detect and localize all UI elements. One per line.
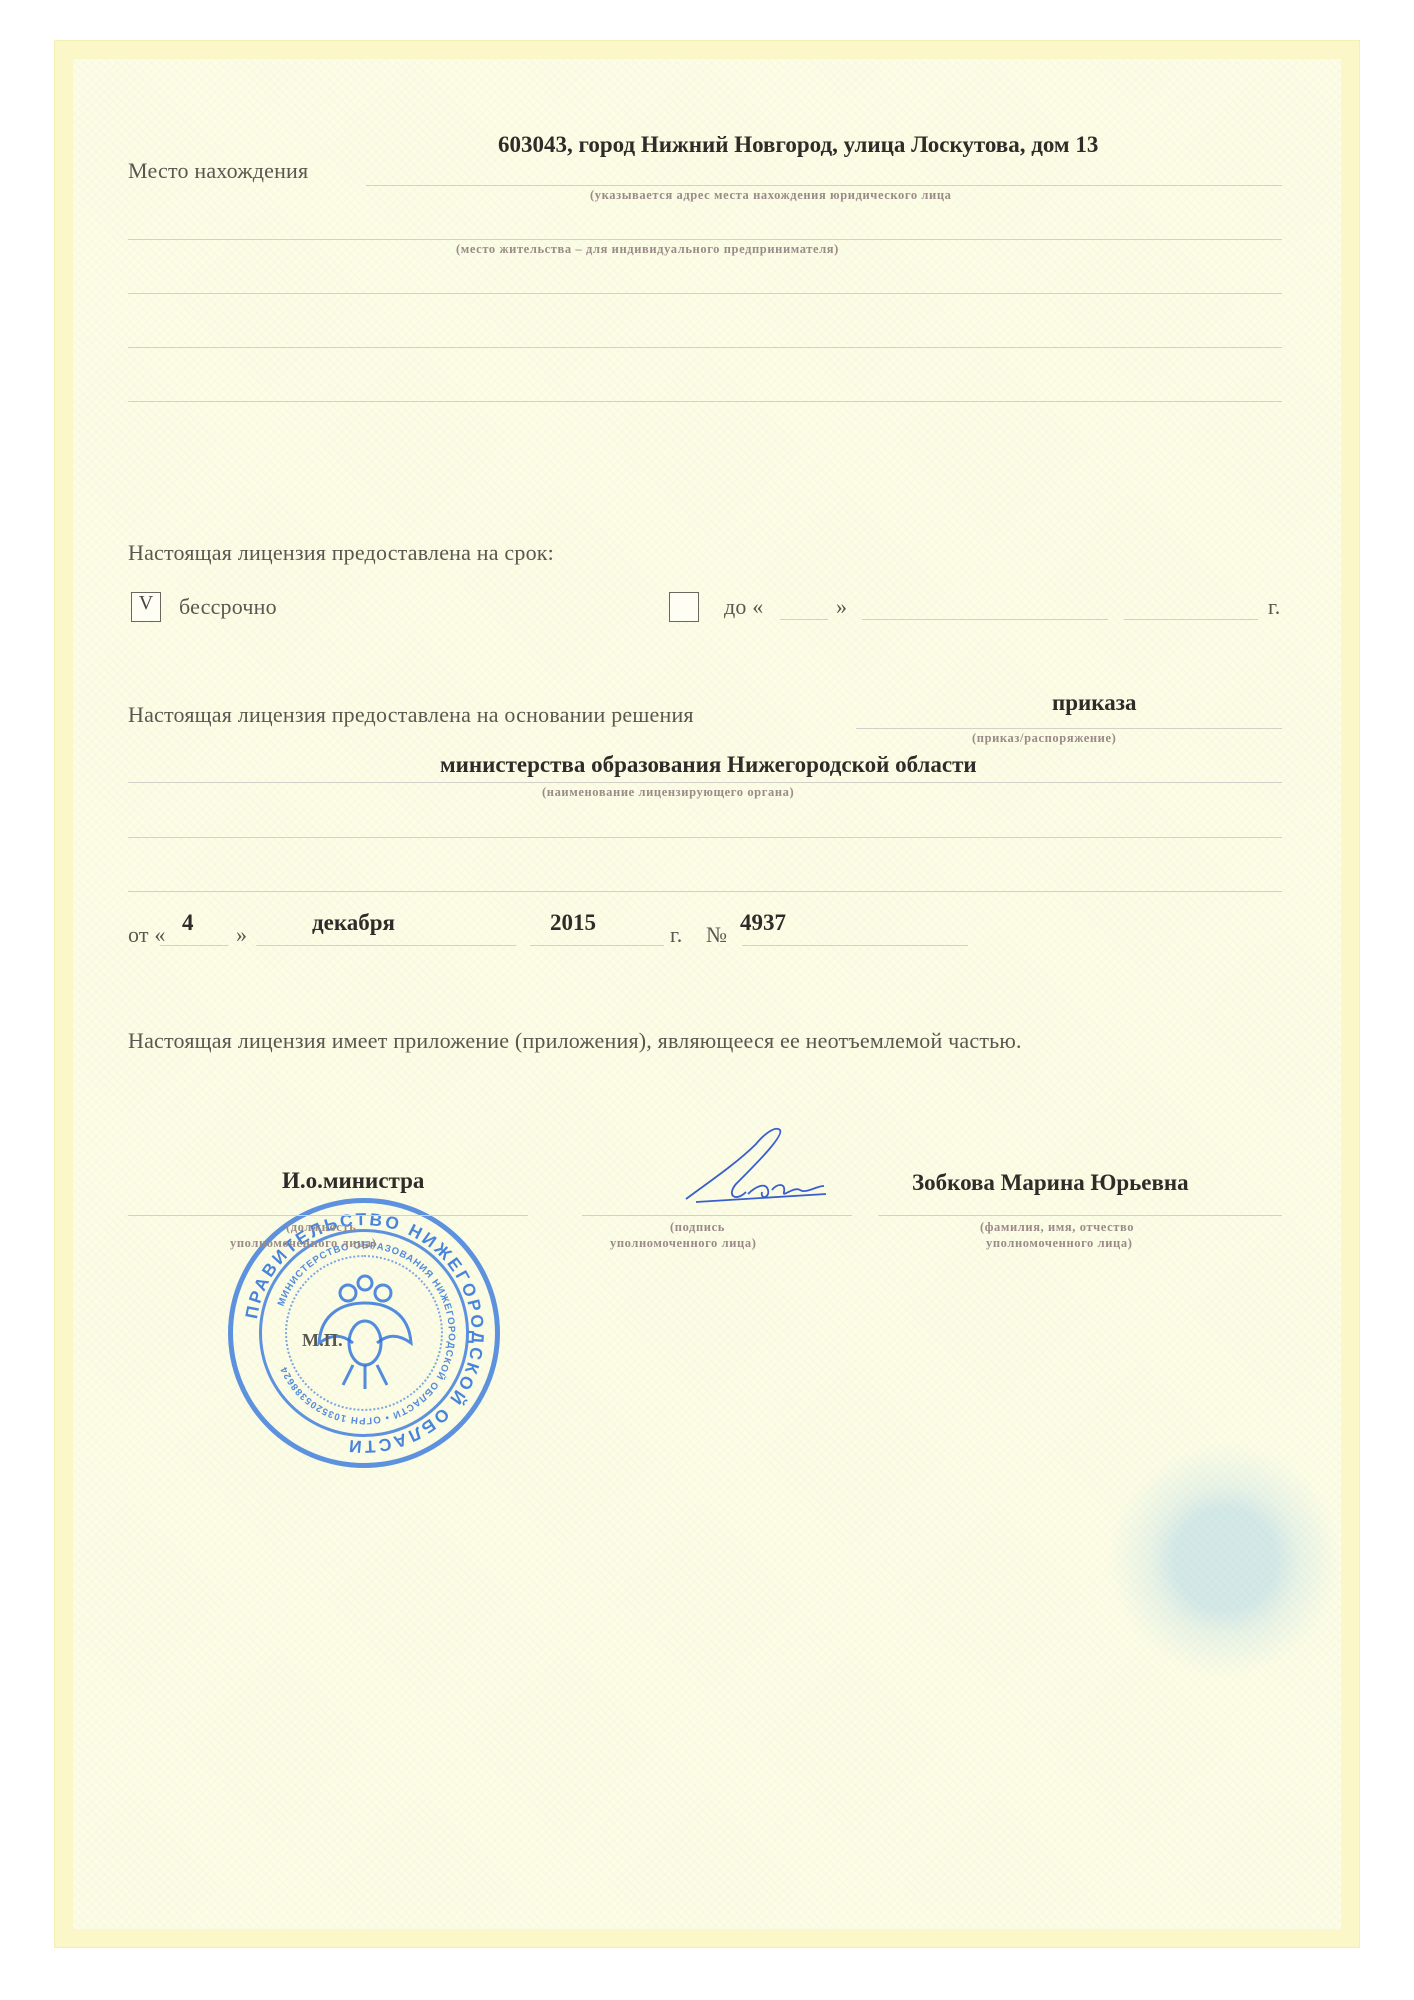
blank-rule-5 <box>128 891 1282 892</box>
authority-value: министерства образования Нижегородской о… <box>440 752 977 778</box>
name-hint-2: уполномоченного лица) <box>986 1236 1132 1251</box>
basis-label: Настоящая лицензия предоставлена на осно… <box>128 702 694 728</box>
appendix-note: Настоящая лицензия имеет приложение (при… <box>128 1028 1022 1054</box>
signer-position: И.о.министра <box>282 1168 424 1194</box>
date-day: 4 <box>182 910 194 936</box>
signer-name: Зобкова Марина Юрьевна <box>912 1170 1189 1196</box>
location-hint-legal: (указывается адрес места нахождения юрид… <box>590 188 951 203</box>
term-heading: Настоящая лицензия предоставлена на срок… <box>128 540 554 566</box>
decision-type-hint: (приказ/распоряжение) <box>972 731 1116 746</box>
date-quote-close: » <box>236 922 247 948</box>
decision-type-value: приказа <box>1052 690 1136 716</box>
checkbox-unlimited[interactable]: V <box>131 592 161 622</box>
location-label: Место нахождения <box>128 158 308 184</box>
position-hint-1: (должность <box>286 1220 356 1235</box>
until-day-field[interactable] <box>780 619 828 620</box>
order-number: 4937 <box>740 910 786 936</box>
date-year-suffix: г. <box>670 922 682 948</box>
signature-rule <box>582 1215 852 1216</box>
name-hint-1: (фамилия, имя, отчество <box>980 1220 1134 1235</box>
date-day-rule <box>160 945 228 946</box>
authority-hint: (наименование лицензирующего органа) <box>542 785 794 800</box>
position-rule <box>128 1215 528 1216</box>
signature-hint-2: уполномоченного лица) <box>610 1236 756 1251</box>
handwritten-signature <box>676 1124 846 1214</box>
stamp-place-label: М.П. <box>302 1330 343 1351</box>
date-month: декабря <box>312 910 395 936</box>
check-mark-icon: V <box>132 593 160 613</box>
authority-rule <box>128 782 1282 783</box>
blank-rule-1 <box>128 293 1282 294</box>
term-until-quote: » <box>836 594 847 620</box>
term-unlimited-label: бессрочно <box>179 594 277 620</box>
number-sign: № <box>706 922 727 948</box>
ink-stain <box>1110 1440 1340 1680</box>
decision-type-rule <box>856 728 1282 729</box>
until-year-field[interactable] <box>1124 619 1258 620</box>
checkbox-until-date[interactable] <box>669 592 699 622</box>
blank-rule-4 <box>128 837 1282 838</box>
blank-rule-2 <box>128 347 1282 348</box>
date-month-rule <box>256 945 516 946</box>
signature-hint-1: (подпись <box>670 1220 725 1235</box>
location-rule-2 <box>128 239 1282 240</box>
location-value: 603043, город Нижний Новгород, улица Лос… <box>498 132 1098 158</box>
term-until-prefix: до « <box>724 594 764 620</box>
location-rule <box>366 185 1282 186</box>
order-number-rule <box>742 945 968 946</box>
term-until-year-suffix: г. <box>1268 594 1280 620</box>
blank-rule-3 <box>128 401 1282 402</box>
date-year: 2015 <box>550 910 596 936</box>
until-month-field[interactable] <box>862 619 1108 620</box>
date-year-rule <box>530 945 664 946</box>
location-hint-individual: (место жительства – для индивидуального … <box>456 242 839 257</box>
position-hint-2: уполномоченного лица) <box>230 1236 376 1251</box>
name-rule <box>878 1215 1282 1216</box>
